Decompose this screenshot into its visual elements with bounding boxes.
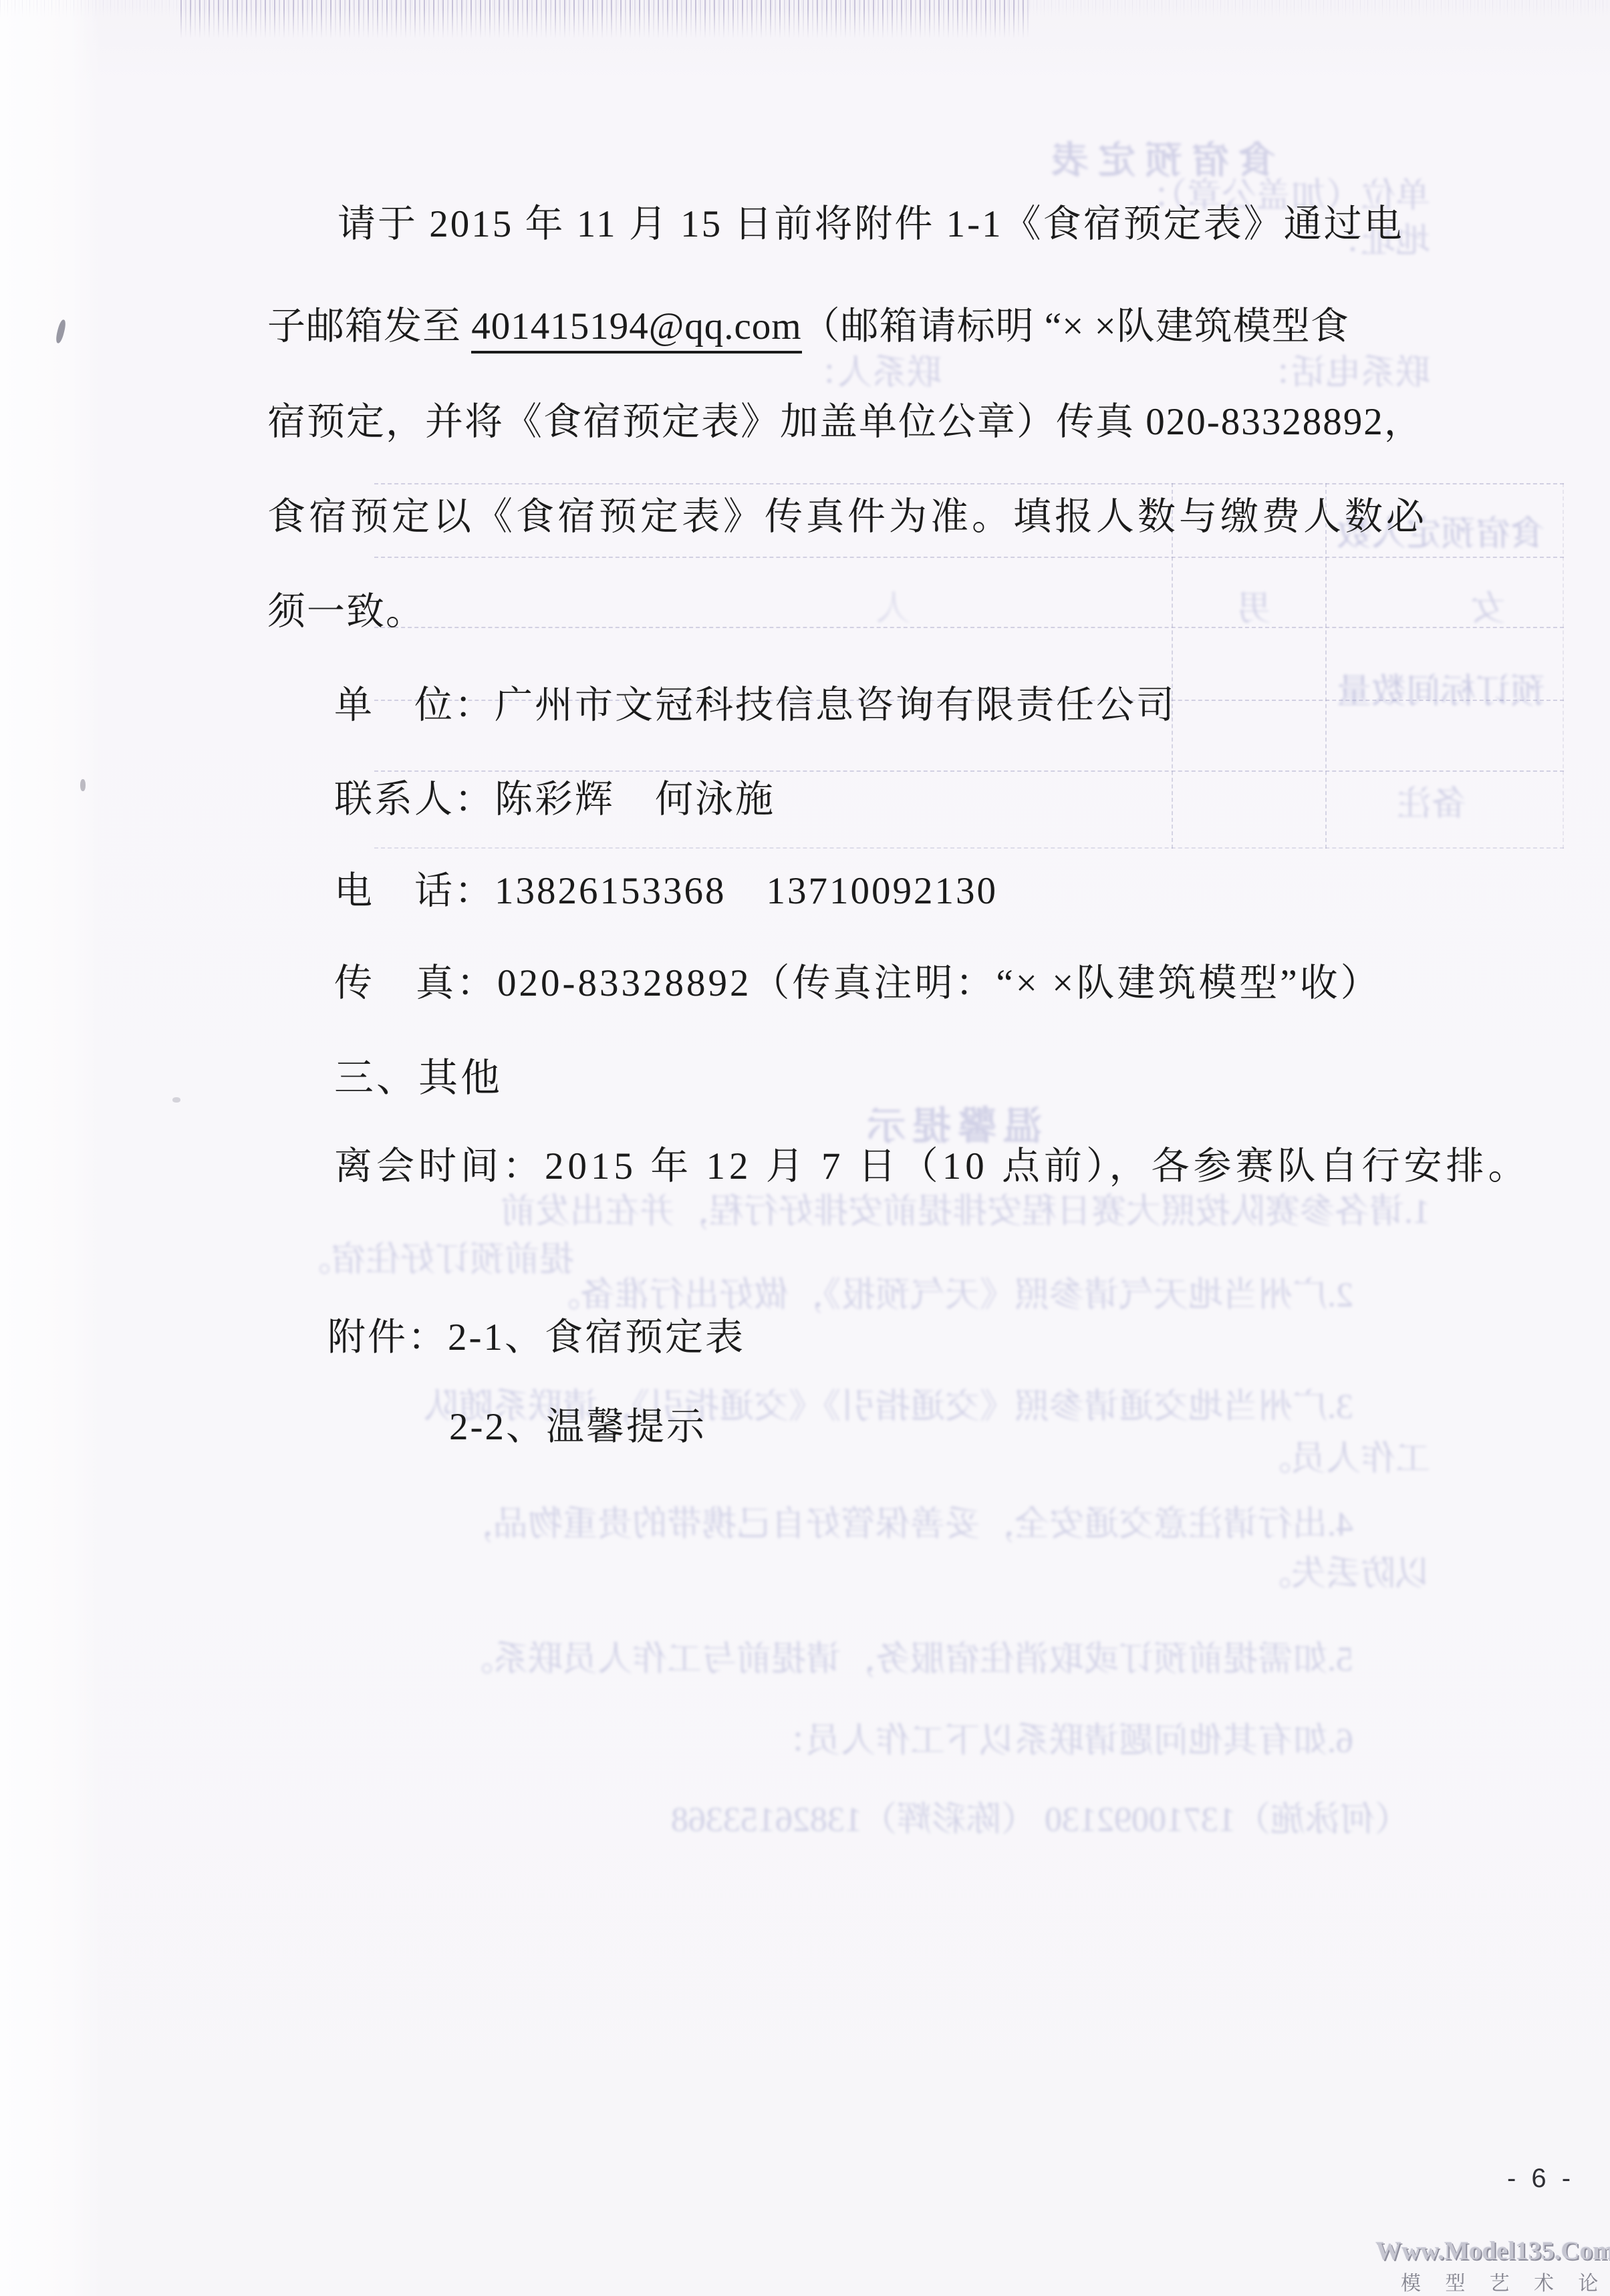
bleedthrough-table-line xyxy=(374,847,1564,849)
paragraph-line: 食宿预定以《食宿预定表》传真件为准。填报人数与缴费人数必 xyxy=(267,494,1428,540)
line-text: （邮箱请标明 “× ×队建筑模型食 xyxy=(802,305,1349,347)
bleedthrough-table-std-header: 预订标间数量 xyxy=(1337,663,1545,713)
scan-artifact-streaks xyxy=(180,0,1029,39)
bleedthrough-form-contact: 联系人： xyxy=(803,344,942,394)
bleedthrough-table-line xyxy=(374,770,1564,772)
page-number: - 6 - xyxy=(1507,2164,1575,2194)
bleedthrough-table-line xyxy=(374,627,1564,628)
attachment-line-1: 附件：2-1、食宿预定表 xyxy=(327,1315,745,1360)
paragraph-line: 须一致。 xyxy=(267,589,425,635)
bleedthrough-table-line xyxy=(1563,483,1564,849)
bleedthrough-tip-line: 4.出行请注意交通安全，妥善保管好自己携带的贵重物品， xyxy=(458,1495,1353,1546)
contact-line: 联系人：陈彩辉 何泳施 xyxy=(334,777,775,823)
bleedthrough-tip-line: 提前预订好住宿。 xyxy=(296,1231,574,1281)
departure-line: 离会时间：2015 年 12 月 7 日（10 点前），各参赛队自行安排。 xyxy=(334,1144,1530,1189)
scan-left-margin xyxy=(0,0,100,2296)
watermark-forum: 模 型 艺 术 论 坛 xyxy=(1401,2267,1610,2296)
watermark-url: Www.Model135.Com xyxy=(1375,2236,1610,2266)
bleedthrough-table-note-header: 备注 xyxy=(1397,775,1466,825)
paragraph-line: 子邮箱发至 401415194@qq.com（邮箱请标明 “× ×队建筑模型食 xyxy=(267,304,1349,349)
line-text: 子邮箱发至 xyxy=(267,305,471,347)
phone-line: 电 话：13826153368 13710092130 xyxy=(334,869,998,914)
bleedthrough-form-phone: 联系电话： xyxy=(1256,344,1430,394)
paragraph-line: 请于 2015 年 11 月 15 日前将附件 1-1《食宿预定表》通过电 xyxy=(338,202,1404,247)
bleedthrough-tips-title: 温馨提示 xyxy=(860,1095,1042,1151)
scanned-document-page: 食宿预定表 单位（加盖公章）： 地址： 联系人： 联系电话： 食宿预定人数 男 … xyxy=(0,0,1610,2296)
attachment-line-2: 2-2、温馨提示 xyxy=(449,1405,706,1450)
section-heading: 三、其他 xyxy=(334,1054,503,1102)
bleedthrough-tip-line: 2.广州当地天气请参照《天气预报》，做好出行准备。 xyxy=(545,1266,1353,1316)
email-address: 401415194@qq.com xyxy=(471,305,801,353)
bleedthrough-table-line xyxy=(374,483,1564,484)
bleedthrough-table-person: 人 xyxy=(876,580,910,630)
bleedthrough-tip-line: 以防丢失。 xyxy=(1256,1545,1430,1595)
bleedthrough-tip-line: 1.请各参赛队按照大赛日程安排提前安排好行程，并在出发前 xyxy=(501,1183,1430,1233)
bleedthrough-tip-line: 6.如有其他问题请联系以下工作人员： xyxy=(771,1712,1353,1762)
bleedthrough-tip-line: （何泳施）13710092130 （陈彩辉）13826153368 xyxy=(671,1791,1410,1841)
bleedthrough-table-female: 女 xyxy=(1470,580,1505,630)
bleedthrough-table-line xyxy=(374,557,1564,558)
bleedthrough-table-male: 男 xyxy=(1236,580,1271,630)
unit-line: 单 位：广州市文冠科技信息咨询有限责任公司 xyxy=(334,683,1176,728)
scan-speck xyxy=(80,779,86,791)
paragraph-line: 宿预定，并将《食宿预定表》加盖单位公章）传真 020-83328892， xyxy=(267,400,1424,445)
bleedthrough-tip-line: 5.如需提前预订或取消住宿服务，请提前与工作人员联系。 xyxy=(458,1630,1353,1681)
scan-speck xyxy=(172,1097,180,1103)
bleedthrough-tip-line: 工作人员。 xyxy=(1256,1430,1430,1480)
fax-line: 传 真：020-83328892（传真注明：“× ×队建筑模型”收） xyxy=(334,961,1381,1006)
